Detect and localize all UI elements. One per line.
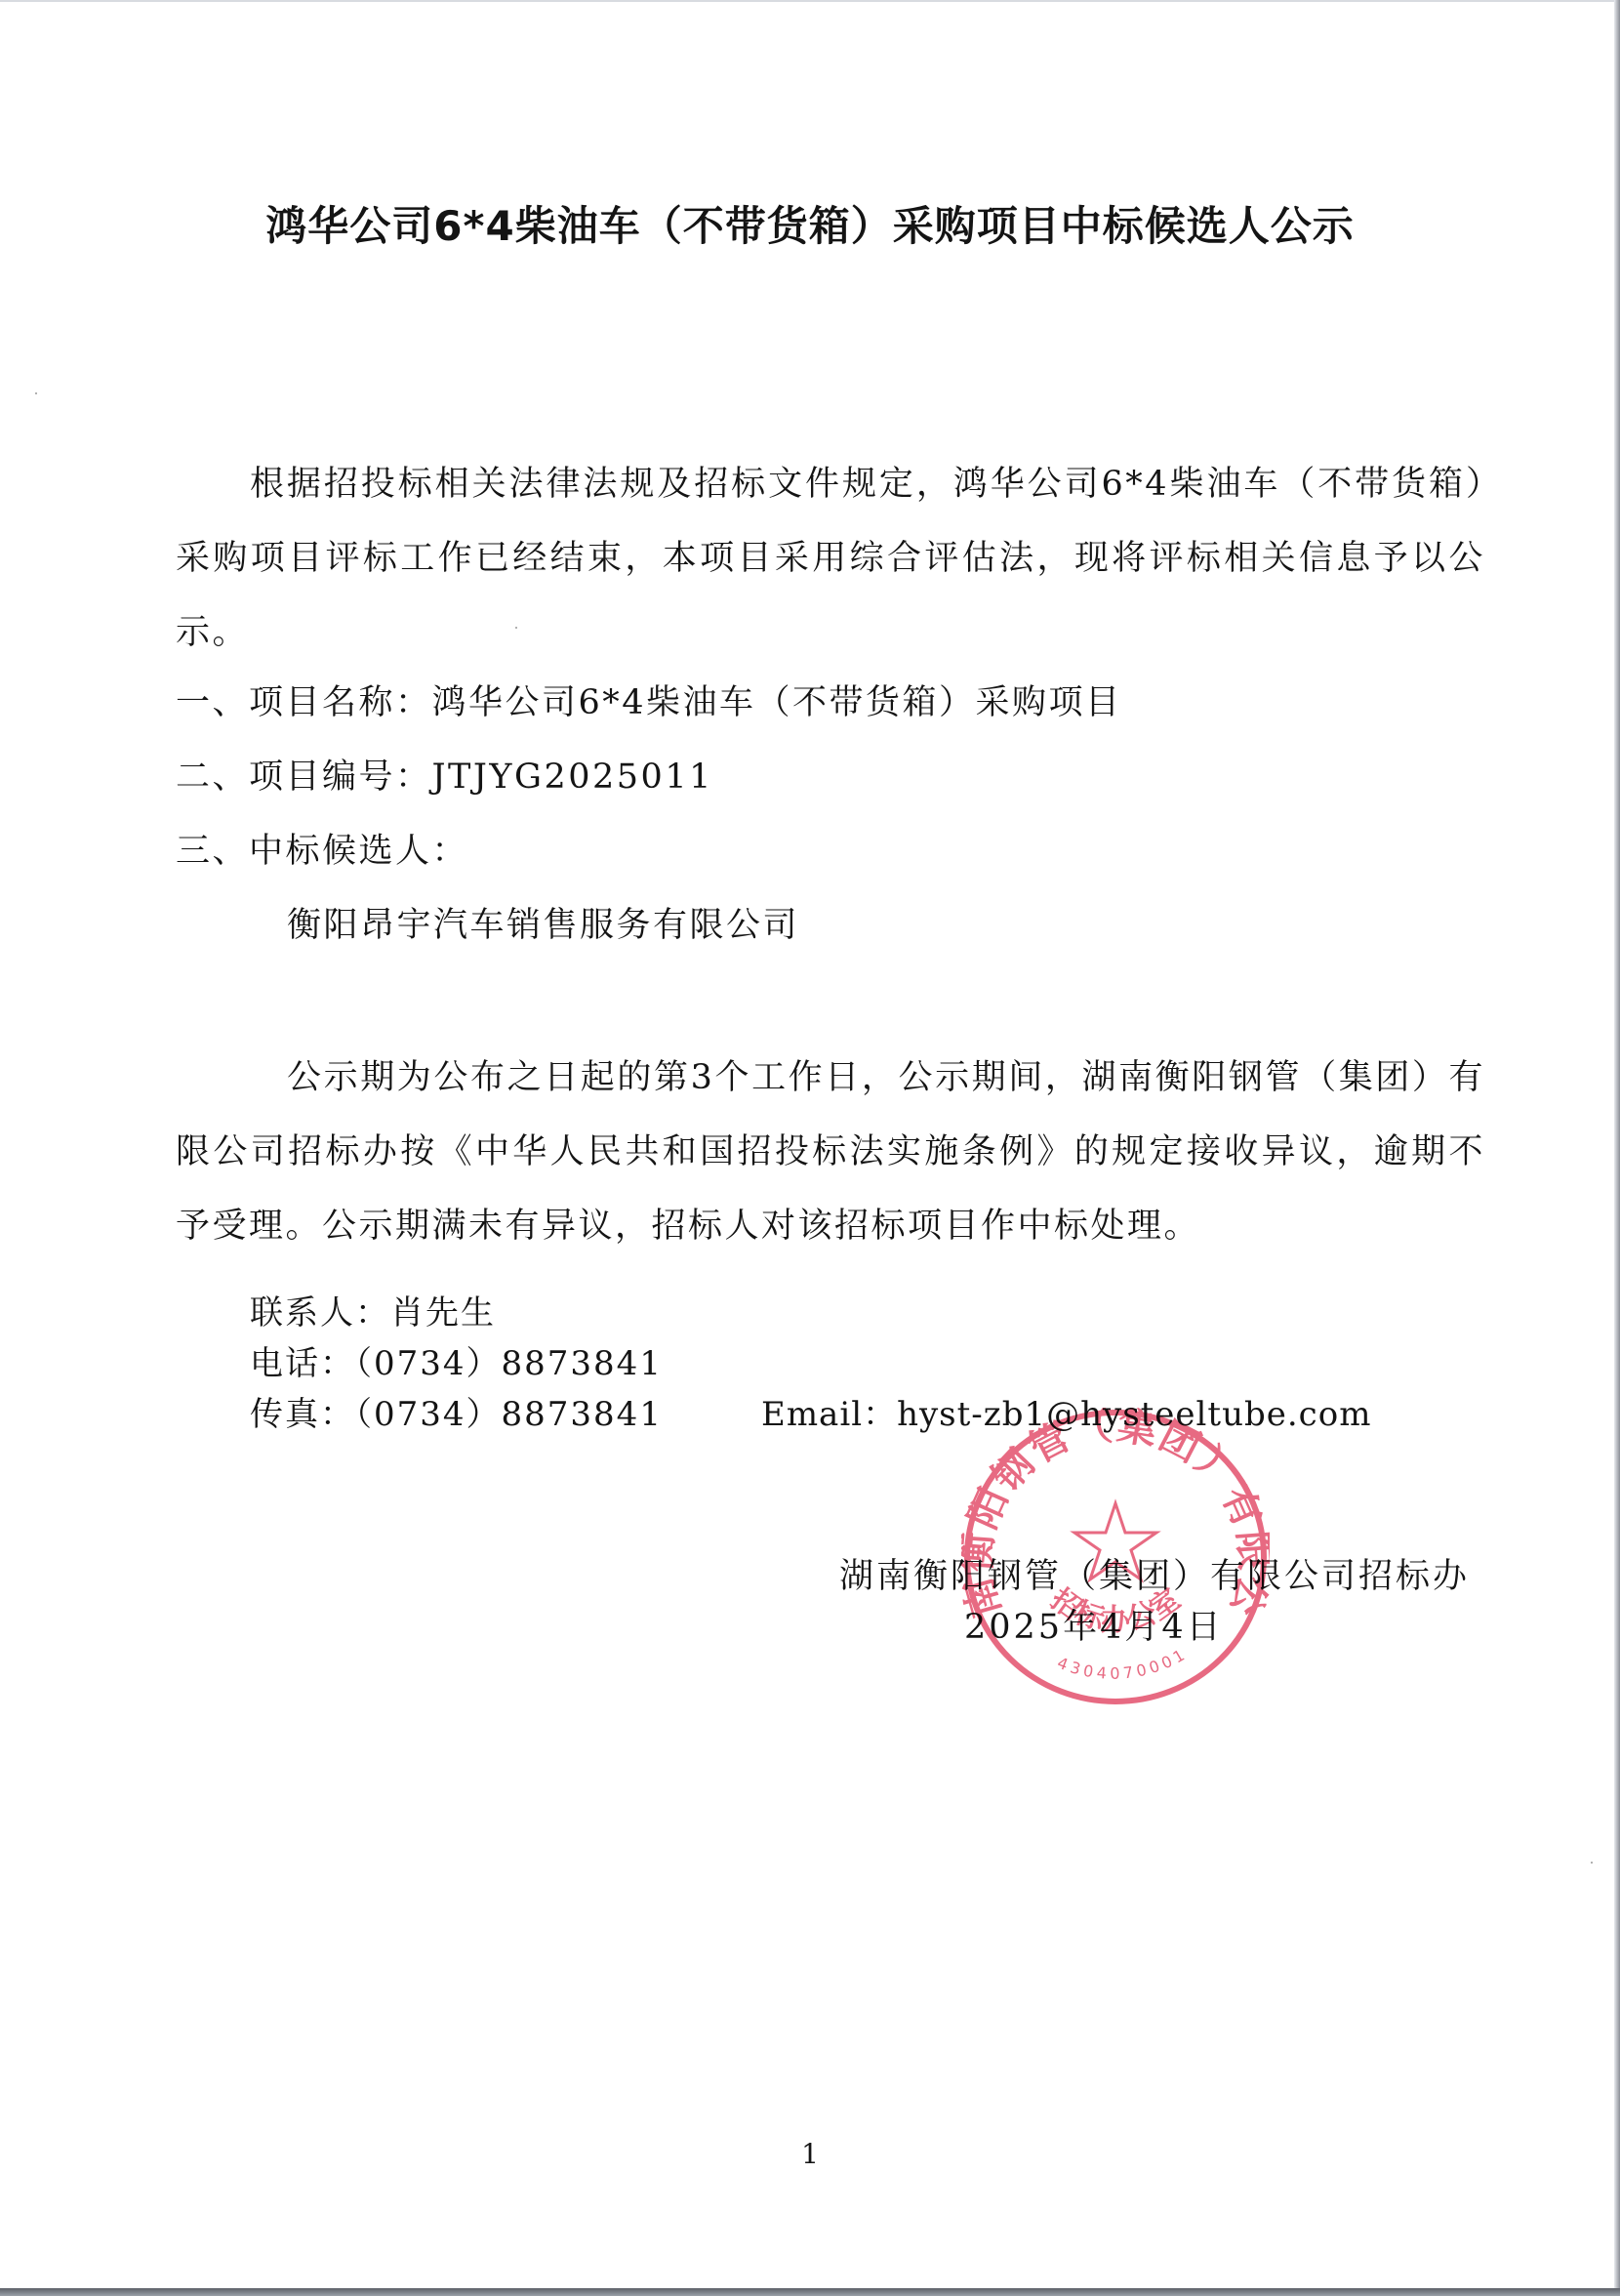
scan-speck xyxy=(515,627,517,629)
contact-fax-value: （0734）8873841 xyxy=(355,1395,663,1434)
winning-candidate-name: 衡阳昂宇汽车销售服务有限公司 xyxy=(287,896,799,955)
issue-date: 2025年4月4日 xyxy=(964,1603,1224,1652)
contact-email-value[interactable]: hyst-zb1@hysteeltube.com xyxy=(897,1395,1371,1434)
item-project-number: 二、项目编号：JTJYG2025011 xyxy=(176,748,713,806)
item-value: 鸿华公司6*4柴油车（不带货箱）采购项目 xyxy=(432,683,1122,722)
issuer-signature: 湖南衡阳钢管（集团）有限公司招标办 xyxy=(839,1552,1470,1601)
contact-fax-label: 传真： xyxy=(250,1395,355,1434)
contact-fax: 传真：（0734）8873841 xyxy=(250,1390,663,1439)
item-winning-candidate: 三、中标候选人： xyxy=(176,822,468,881)
scan-edge-bottom xyxy=(0,2288,1620,2296)
item-label: 一、项目名称： xyxy=(176,683,432,722)
page-title: 鸿华公司6*4柴油车（不带货箱）采购项目中标候选人公示 xyxy=(0,197,1620,256)
page-number: 1 xyxy=(0,2135,1620,2174)
notice-paragraph: 公示期为公布之日起的第3个工作日，公示期间，湖南衡阳钢管（集团）有限公司招标办按… xyxy=(176,1041,1485,1263)
item-value: JTJYG2025011 xyxy=(432,758,713,797)
contact-person-value: 肖先生 xyxy=(390,1293,496,1332)
item-label: 二、项目编号： xyxy=(176,758,432,797)
scan-speck xyxy=(35,392,37,394)
contact-phone: 电话：（0734）8873841 xyxy=(250,1339,663,1388)
contact-phone-value: （0734）8873841 xyxy=(355,1344,663,1383)
contact-person: 联系人：肖先生 xyxy=(250,1289,496,1337)
item-label: 三、中标候选人： xyxy=(176,832,468,871)
scan-edge-right xyxy=(1614,0,1620,2296)
scan-speck xyxy=(1591,1862,1593,1864)
contact-phone-label: 电话： xyxy=(250,1344,355,1383)
contact-person-label: 联系人： xyxy=(250,1293,390,1332)
document-page: 鸿华公司6*4柴油车（不带货箱）采购项目中标候选人公示 根据招投标相关法律法规及… xyxy=(0,0,1614,2290)
contact-email-label: Email： xyxy=(761,1395,897,1434)
intro-paragraph: 根据招投标相关法律法规及招标文件规定，鸿华公司6*4柴油车（不带货箱）采购项目评… xyxy=(176,447,1485,670)
item-project-name: 一、项目名称：鸿华公司6*4柴油车（不带货箱）采购项目 xyxy=(176,674,1122,732)
contact-email: Email：hyst-zb1@hysteeltube.com xyxy=(761,1390,1371,1439)
